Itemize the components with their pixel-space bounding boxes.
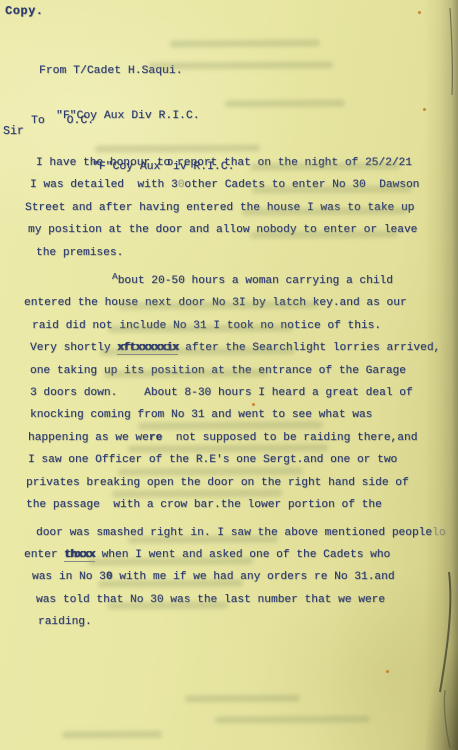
salutation: Sir	[3, 125, 24, 138]
from-line: From T/Cadet H.Saqui.	[39, 64, 200, 79]
ghost-text-smudge	[185, 695, 300, 703]
text-run: enter	[24, 549, 64, 561]
document-page: Copy. From T/Cadet H.Saqui. "F"Coy Aux D…	[0, 0, 458, 750]
document-line: I was detailed with 30other Cadets to en…	[30, 174, 458, 196]
document-line: 3 doors down. About 8-30 hours I heard a…	[30, 382, 458, 404]
document-line: enter thxxx when I went and asked one of…	[24, 544, 458, 566]
overtyped-word: thxxx	[64, 549, 95, 562]
text-run: 0	[106, 571, 113, 583]
text-run: Very shortly	[30, 342, 117, 354]
document-line: raid did not include No 31 I took no not…	[32, 315, 458, 337]
document-line: entered the house next door No 3I by lat…	[24, 292, 458, 314]
ghost-text-smudge	[62, 731, 162, 739]
text-run: after the Searchlight lorries arrived,	[178, 342, 440, 354]
document-line: was told that No 30 was the last number …	[36, 589, 458, 611]
document-line: was in No 30 with me if we had any order…	[32, 566, 458, 588]
text-run: I saw one Officer of the R.E's one Sergt…	[28, 454, 397, 466]
text-run: other Cadets to enter No 30 Dawson	[184, 179, 419, 191]
text-run: entered the house next door No 3I by lat…	[24, 297, 407, 309]
text-run: the premises.	[36, 247, 123, 259]
document-line: raiding.	[38, 611, 458, 633]
document-line: my position at the door and allow nobody…	[28, 219, 458, 241]
text-run: A	[112, 271, 118, 282]
text-run: re	[149, 432, 162, 444]
text-run: raiding.	[38, 616, 92, 628]
text-run: with me if we had any orders re No 31.an…	[113, 571, 395, 583]
text-run: lo	[432, 527, 445, 539]
document-line: I saw one Officer of the R.E's one Sergt…	[28, 449, 458, 471]
ink-speck	[252, 403, 255, 406]
document-line: door was smashed right in. I saw the abo…	[36, 522, 458, 544]
text-run: was told that No 30 was the last number …	[36, 594, 385, 606]
letter-body: I have the honour to report that on the …	[0, 152, 458, 634]
text-run: privates breaking open the door on the r…	[26, 477, 409, 489]
document-line: knocking coming from No 31 and went to s…	[30, 404, 458, 426]
text-run: when I went and asked one of the Cadets …	[95, 549, 390, 561]
text-run: Street and after having entered the hous…	[25, 202, 414, 214]
copy-label: Copy.	[5, 4, 44, 18]
text-run: not supposed to be raiding there,and	[162, 432, 417, 444]
document-line: I have the honour to report that on the …	[36, 152, 458, 174]
text-run: door was smashed right in. I saw the abo…	[36, 527, 432, 539]
text-run: raid did not include No 31 I took no not…	[32, 320, 381, 332]
to-label: To	[31, 115, 45, 127]
document-line: the passage with a crow bar.the lower po…	[26, 494, 458, 516]
document-line: one taking up its position at the entran…	[30, 360, 458, 382]
text-run: I was detailed with 3	[30, 179, 178, 191]
text-run: 0	[178, 179, 185, 191]
ghost-text-smudge	[215, 715, 370, 723]
document-line: privates breaking open the door on the r…	[26, 472, 458, 494]
text-run: I have the honour to report that on the …	[36, 157, 412, 169]
text-run: one taking up its position at the entran…	[30, 365, 406, 377]
document-line: happening as we were not supposed to be …	[28, 427, 458, 449]
paper-corner-shadow	[424, 638, 458, 750]
to-addressee: O.C.	[67, 115, 94, 127]
to-line: ToO.C.	[31, 114, 234, 129]
text-run: happening as we we	[28, 432, 149, 444]
ink-speck	[386, 670, 389, 673]
document-line: Street and after having entered the hous…	[25, 197, 458, 219]
ink-speck	[423, 108, 426, 111]
ink-speck	[418, 11, 421, 14]
text-run: was in No 3	[32, 571, 106, 583]
overtyped-word: xftxxxxxix	[117, 342, 178, 355]
text-run: my position at the door and allow nobody…	[28, 224, 417, 236]
text-run: 3 doors down. About 8-30 hours I heard a…	[30, 387, 413, 399]
ghost-text-smudge	[225, 100, 345, 108]
text-run: the passage with a crow bar.the lower po…	[26, 499, 382, 511]
text-run: knocking coming from No 31 and went to s…	[30, 409, 372, 421]
document-line: the premises.	[36, 242, 458, 264]
text-run: bout 20-50 hours a woman carrying a chil…	[118, 275, 393, 287]
document-line: Very shortly xftxxxxxix after the Search…	[30, 337, 458, 359]
document-line: About 20-50 hours a woman carrying a chi…	[112, 270, 458, 292]
